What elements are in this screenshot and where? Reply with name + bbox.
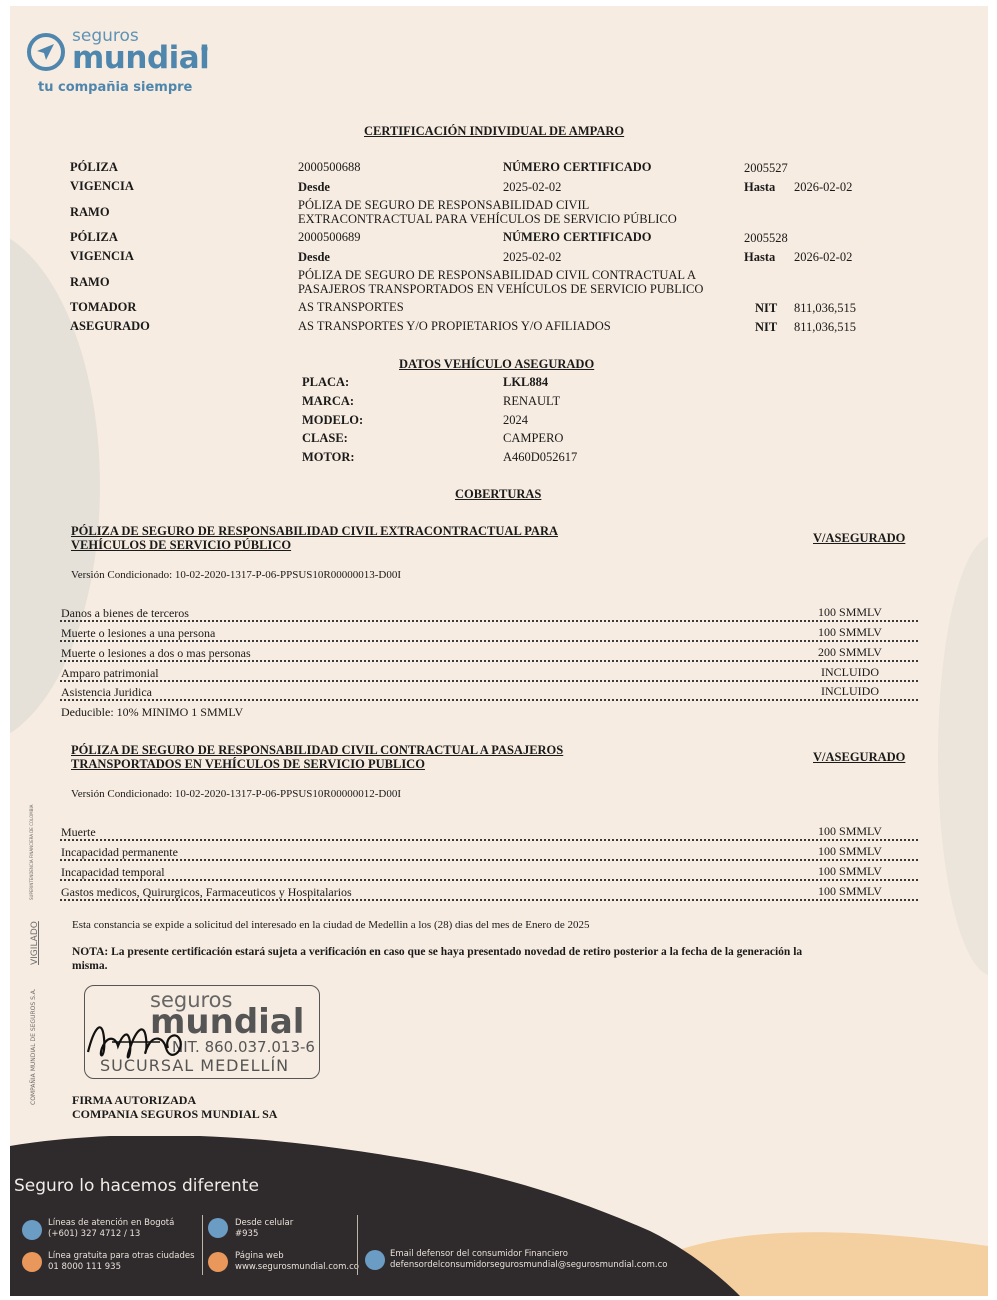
coverage-item-value: 200 SMMLV [790, 645, 910, 660]
poliza-number: 2000500688 [298, 160, 361, 175]
desde-date: 2025-02-02 [503, 180, 561, 195]
registered-mark: ® [200, 45, 209, 55]
superintendencia-text: SUPERINTENDENCIA FINANCIERA DE COLOMBIA [29, 805, 34, 900]
email-icon [365, 1250, 385, 1270]
contact-title: Página web [235, 1251, 359, 1262]
contact-detail: #935 [235, 1229, 293, 1240]
coverage-item-value: INCLUIDO [790, 665, 910, 680]
contact-free-line: Línea gratuita para otras ciudades 01 80… [48, 1251, 195, 1273]
coverage-item-value: 100 SMMLV [790, 824, 910, 839]
vehicle-field-value: CAMPERO [503, 431, 563, 446]
coverage-item-value: 100 SMMLV [790, 864, 910, 879]
footer-divider [357, 1215, 358, 1275]
coverage-section-title: PÓLIZA DE SEGURO DE RESPONSABILIDAD CIVI… [71, 743, 563, 771]
row-divider [60, 879, 918, 881]
coverage-section-title: PÓLIZA DE SEGURO DE RESPONSABILIDAD CIVI… [71, 524, 558, 552]
cert-number: 2005528 [744, 231, 788, 246]
contact-detail: 01 8000 111 935 [48, 1262, 195, 1273]
vehicle-section-title: DATOS VEHÍCULO ASEGURADO [399, 357, 594, 372]
vehicle-field-value: 2024 [503, 413, 528, 428]
coverage-item-value: 100 SMMLV [790, 844, 910, 859]
cert-number: 2005527 [744, 161, 788, 176]
compass-arrow-icon [26, 32, 66, 72]
asegurado-nit: 811,036,515 [794, 320, 856, 335]
vehicle-field-label: MARCA: [302, 394, 354, 409]
coverage-item-value: INCLUIDO [790, 684, 910, 699]
version-conditions: Versión Condicionado: 10-02-2020-1317-P-… [71, 569, 401, 581]
coverage-item-label: Amparo patrimonial [61, 666, 159, 681]
email-link[interactable]: defensordelconsumidorsegurosmundial@segu… [390, 1260, 667, 1271]
verification-note: NOTA: La presente certificación estará s… [72, 945, 802, 973]
vigilado-text: VIGILADO [30, 921, 40, 965]
signature-scribble [84, 1008, 194, 1068]
contact-title: Línea gratuita para otras ciudades [48, 1251, 195, 1262]
deductible: Deducible: 10% MINIMO 1 SMMLV [61, 705, 243, 720]
nit-label: NIT [755, 320, 777, 335]
web-icon [208, 1252, 228, 1272]
contact-email[interactable]: Email defensor del consumidor Financiero… [390, 1249, 667, 1271]
coverage-item-value: 100 SMMLV [790, 884, 910, 899]
signature-title: FIRMA AUTORIZADA [72, 1093, 196, 1108]
row-divider [60, 839, 918, 841]
row-divider [60, 640, 918, 642]
coverage-section-title-line-2: TRANSPORTADOS EN VEHÍCULOS DE SERVICIO P… [71, 757, 563, 771]
version-conditions: Versión Condicionado: 10-02-2020-1317-P-… [71, 788, 401, 800]
contact-title: Desde celular [235, 1218, 293, 1229]
coverage-item-label: Muerte [61, 825, 96, 840]
coverage-item-label: Gastos medicos, Quirurgicos, Farmaceutic… [61, 885, 352, 900]
asegurado-value: AS TRANSPORTES Y/O PROPIETARIOS Y/O AFIL… [298, 319, 611, 334]
contact-web[interactable]: Página web www.segurosmundial.com.co [235, 1251, 359, 1273]
coverage-item-label: Incapacidad permanente [61, 845, 178, 860]
cert-label: NÚMERO CERTIFICADO [503, 160, 652, 175]
contact-detail: (+601) 327 4712 / 13 [48, 1229, 174, 1240]
coverage-item-value: 100 SMMLV [790, 605, 910, 620]
coverage-section-title-line-1: PÓLIZA DE SEGURO DE RESPONSABILIDAD CIVI… [71, 524, 558, 538]
footer-divider [202, 1215, 203, 1275]
coverage-item-label: Muerte o lesiones a una persona [61, 626, 215, 641]
vehicle-field-value: RENAULT [503, 394, 560, 409]
row-divider [60, 699, 918, 701]
note-line-2: misma. [72, 959, 802, 973]
issuance-statement: Esta constancia se expide a solicitud de… [72, 919, 589, 931]
tomador-label: TOMADOR [70, 300, 136, 315]
ramo-line-1: PÓLIZA DE SEGURO DE RESPONSABILIDAD CIVI… [298, 198, 589, 213]
phone-icon [22, 1252, 42, 1272]
contact-bogota: Líneas de atención en Bogotá (+601) 327 … [48, 1218, 174, 1240]
vigencia-label: VIGENCIA [70, 249, 134, 264]
coverage-section-title-line-1: PÓLIZA DE SEGURO DE RESPONSABILIDAD CIVI… [71, 743, 563, 757]
hasta-label: Hasta [744, 180, 775, 195]
row-divider [60, 620, 918, 622]
insured-value-header: V/ASEGURADO [813, 750, 905, 765]
website-link[interactable]: www.segurosmundial.com.co [235, 1262, 359, 1273]
logo-tagline: tu compañia siempre [38, 80, 192, 95]
hasta-label: Hasta [744, 250, 775, 265]
contact-title: Email defensor del consumidor Financiero [390, 1249, 667, 1260]
signature-company: COMPANIA SEGUROS MUNDIAL SA [72, 1107, 277, 1122]
note-line-1: NOTA: La presente certificación estará s… [72, 945, 802, 959]
insured-value-header: V/ASEGURADO [813, 531, 905, 546]
mobile-icon [208, 1218, 228, 1238]
tomador-value: AS TRANSPORTES [298, 300, 404, 315]
footer-slogan: Seguro lo hacemos diferente [14, 1176, 259, 1196]
coverage-item-label: Danos a bienes de terceros [61, 606, 189, 621]
ramo-line-1: PÓLIZA DE SEGURO DE RESPONSABILIDAD CIVI… [298, 268, 696, 283]
poliza-number: 2000500689 [298, 230, 361, 245]
asegurado-label: ASEGURADO [70, 319, 150, 334]
vehicle-field-label: MODELO: [302, 413, 363, 428]
vehicle-field-label: PLACA: [302, 375, 349, 390]
cert-label: NÚMERO CERTIFICADO [503, 230, 652, 245]
ramo-line-2: PASAJEROS TRANSPORTADOS EN VEHÍCULOS DE … [298, 282, 703, 297]
coverage-section-title-line-2: VEHÍCULOS DE SERVICIO PÚBLICO [71, 538, 558, 552]
logo-brand-main: mundial [72, 40, 209, 76]
coverages-title: COBERTURAS [455, 487, 541, 502]
contact-title: Líneas de atención en Bogotá [48, 1218, 174, 1229]
contact-mobile: Desde celular #935 [235, 1218, 293, 1240]
desde-label: Desde [298, 250, 330, 265]
coverage-item-value: 100 SMMLV [790, 625, 910, 640]
desde-label: Desde [298, 180, 330, 195]
vehicle-field-label: CLASE: [302, 431, 348, 446]
ramo-label: RAMO [70, 205, 110, 220]
hasta-date: 2026-02-02 [794, 250, 852, 265]
poliza-label: PÓLIZA [70, 160, 118, 175]
poliza-label: PÓLIZA [70, 230, 118, 245]
phone-icon [22, 1220, 42, 1240]
vigencia-label: VIGENCIA [70, 179, 134, 194]
row-divider [60, 899, 918, 901]
coverage-item-label: Incapacidad temporal [61, 865, 165, 880]
row-divider [60, 680, 918, 682]
desde-date: 2025-02-02 [503, 250, 561, 265]
tomador-nit: 811,036,515 [794, 301, 856, 316]
hasta-date: 2026-02-02 [794, 180, 852, 195]
row-divider [60, 859, 918, 861]
vehicle-field-label: MOTOR: [302, 450, 355, 465]
coverage-item-label: Asistencia Juridica [61, 685, 152, 700]
ramo-line-2: EXTRACONTRACTUAL PARA VEHÍCULOS DE SERVI… [298, 212, 677, 227]
vehicle-field-value: A460D052617 [503, 450, 577, 465]
ramo-label: RAMO [70, 275, 110, 290]
row-divider [60, 660, 918, 662]
company-side-text: COMPAÑIA MUNDIAL DE SEGUROS S.A. [30, 988, 37, 1105]
decorative-shape [938, 536, 988, 976]
document-title: CERTIFICACIÓN INDIVIDUAL DE AMPARO [364, 124, 624, 139]
vehicle-field-value: LKL884 [503, 375, 548, 390]
nit-label: NIT [755, 301, 777, 316]
coverage-item-label: Muerte o lesiones a dos o mas personas [61, 646, 251, 661]
